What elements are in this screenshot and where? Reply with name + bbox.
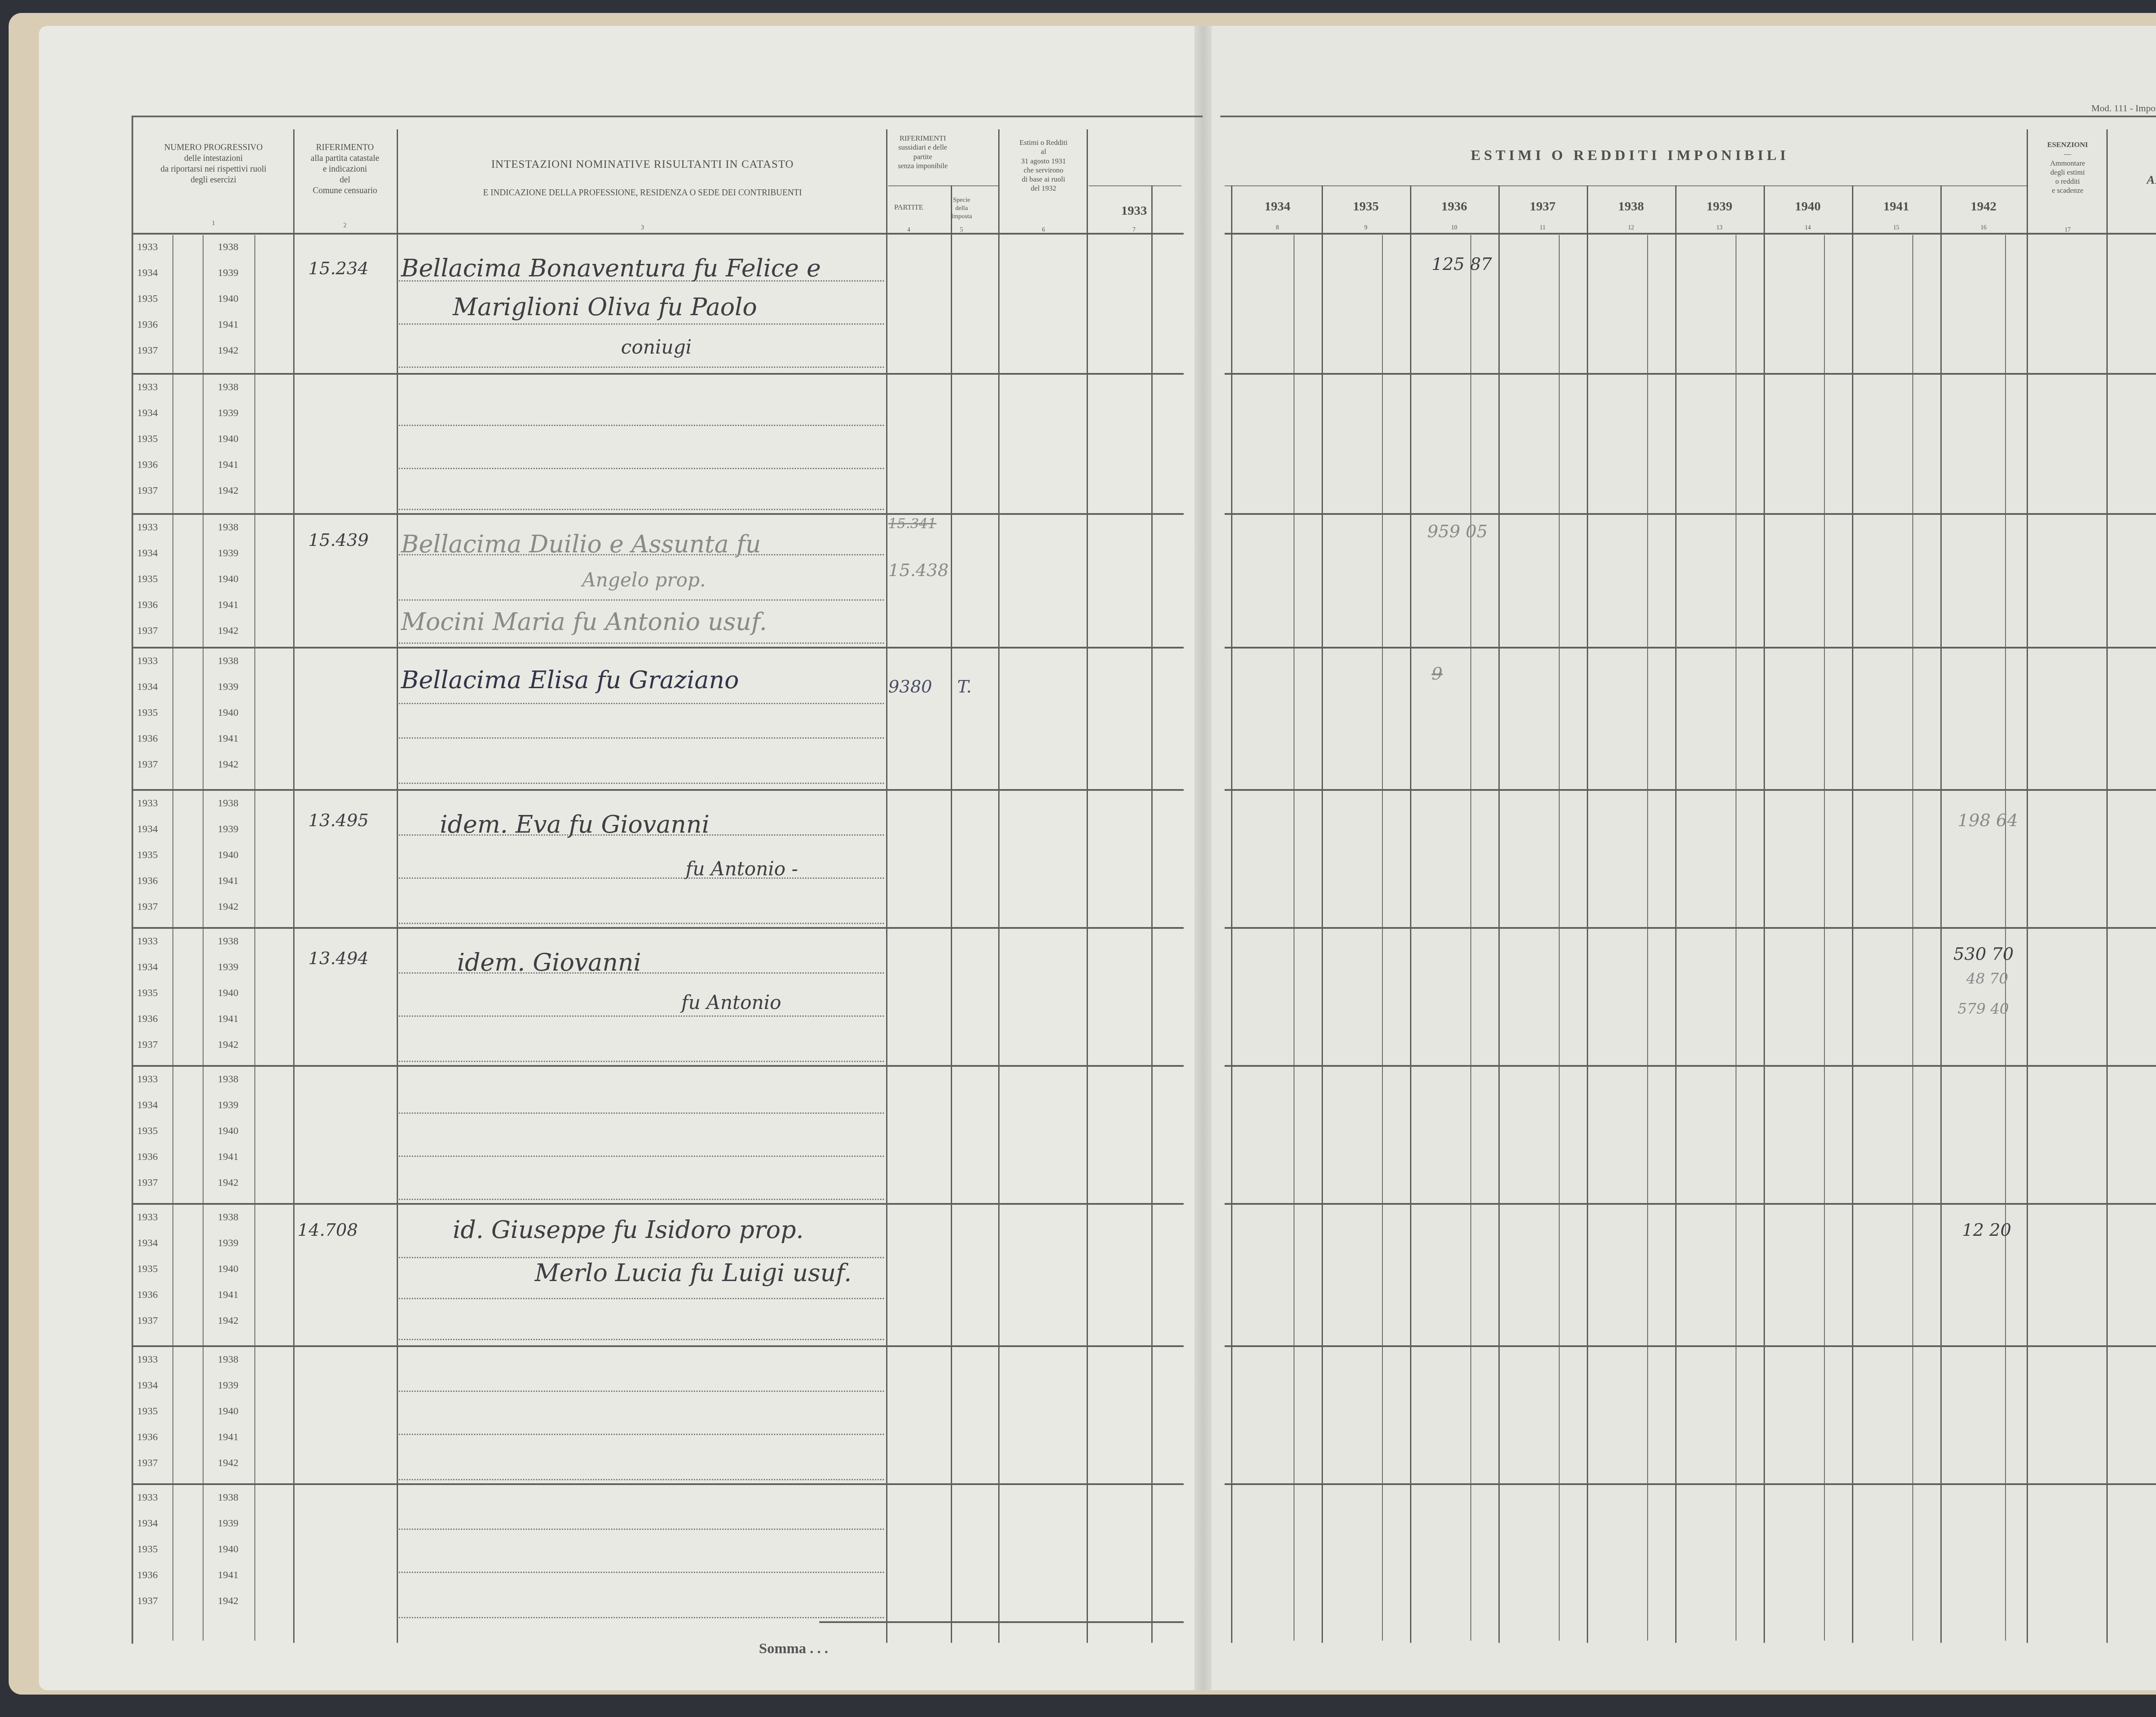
year-label: 1934 <box>137 267 158 279</box>
estimo-1936: 959 05 <box>1427 522 1488 542</box>
col-divider <box>1587 185 1588 1643</box>
col17-sub: o redditi <box>2029 177 2106 186</box>
year-label: 1941 <box>218 599 238 611</box>
year-label: 1940 <box>218 1406 238 1417</box>
year-label: 1940 <box>218 433 238 445</box>
col-divider <box>1852 185 1853 1643</box>
col2-title: RIFERIMENTO <box>295 142 395 153</box>
block-rule <box>132 789 1184 791</box>
record-name-line: Mariglioni Oliva fu Paolo <box>453 293 757 321</box>
col-divider <box>1410 185 1411 1643</box>
year-label: 1935 <box>137 1544 158 1555</box>
year-label: 1938 <box>218 655 238 667</box>
year-label: 1936 <box>137 875 158 887</box>
year-label: 1942 <box>218 1177 238 1189</box>
year-label: 1936 <box>137 1289 158 1301</box>
writing-line <box>399 1199 884 1200</box>
year-label: 1941 <box>218 319 238 331</box>
year-label: 1937 <box>137 759 158 771</box>
col6-line: che servirono <box>1000 166 1087 175</box>
writing-line <box>399 509 884 510</box>
record-partite-sub: 15.438 <box>888 561 949 580</box>
col17-sub: Ammontare <box>2029 159 2106 168</box>
year-label: 1938 <box>218 1212 238 1223</box>
writing-line <box>399 1434 884 1435</box>
col3-subtitle: E INDICAZIONE DELLA PROFESSIONE, RESIDEN… <box>399 188 886 198</box>
year-label: 1935 <box>137 987 158 999</box>
year-label: 1934 <box>137 962 158 973</box>
col1-title: NUMERO PROGRESSIVO <box>134 142 293 153</box>
year-label: 1941 <box>218 733 238 745</box>
year-header-1939: 1939 <box>1675 198 1764 215</box>
cents-divider <box>1382 235 1383 1641</box>
year-header-1942: 1942 <box>1940 198 2027 215</box>
year-label: 1941 <box>218 875 238 887</box>
year-label: 1940 <box>218 1125 238 1137</box>
record-partita: 14.708 <box>298 1220 358 1240</box>
col-divider <box>1151 185 1153 1643</box>
col-divider <box>1322 185 1323 1643</box>
writing-line <box>399 1617 884 1618</box>
writing-line <box>399 425 884 426</box>
year-label: 1934 <box>137 1380 158 1391</box>
block-rule <box>132 927 1184 929</box>
right-table-frame <box>1220 116 2156 1644</box>
year-label: 1939 <box>218 1518 238 1529</box>
years-split-rule <box>1225 185 2027 186</box>
year-label: 1941 <box>218 1151 238 1163</box>
year-label: 1936 <box>137 1013 158 1025</box>
block-rule <box>1225 647 2156 649</box>
year-label: 1937 <box>137 345 158 357</box>
col2-sub: Comune censuario <box>295 185 395 196</box>
year-label: 1941 <box>218 1432 238 1443</box>
year-label: 1941 <box>218 459 238 471</box>
block-rule <box>132 373 1184 375</box>
col-divider <box>1498 185 1500 1643</box>
year-header-1937: 1937 <box>1498 198 1587 215</box>
col6-line: di base ai ruoli <box>1000 175 1087 184</box>
writing-line <box>399 599 884 601</box>
cents-divider <box>1559 235 1560 1641</box>
year-label: 1935 <box>137 849 158 861</box>
col5-label: Specie della Imposta <box>951 196 972 220</box>
year-header-1941: 1941 <box>1852 198 1940 215</box>
year-label: 1936 <box>137 599 158 611</box>
year-label: 1939 <box>218 824 238 835</box>
year-label: 1933 <box>137 382 158 393</box>
year-label: 1936 <box>137 1151 158 1163</box>
col17-header: ESENZIONI — Ammontare degli estimi o red… <box>2029 140 2106 195</box>
total-rule <box>819 1621 1184 1623</box>
year-label: 1935 <box>137 293 158 305</box>
year-label: 1937 <box>137 625 158 637</box>
record-name-line: id. Giuseppe fu Isidoro prop. <box>453 1216 804 1244</box>
year-label: 1937 <box>137 485 158 497</box>
col6-line: Estimi o Redditi <box>1000 138 1087 147</box>
cents-divider <box>2005 235 2006 1641</box>
col-number: 16 <box>1940 224 2027 232</box>
year-label: 1933 <box>137 936 158 947</box>
col-number: 14 <box>1764 224 1852 232</box>
year-label: 1939 <box>218 1238 238 1249</box>
year-label: 1940 <box>218 293 238 305</box>
writing-line <box>399 1061 884 1062</box>
writing-line <box>399 1298 884 1299</box>
col7-split-rule <box>1089 185 1181 186</box>
writing-line <box>399 367 884 368</box>
col2-sub: e indicazioni <box>295 164 395 175</box>
year-label: 1936 <box>137 459 158 471</box>
col-number: 12 <box>1587 224 1675 232</box>
record-name-line: coniugi <box>621 336 692 358</box>
col-divider <box>1764 185 1765 1643</box>
year-label: 1938 <box>218 522 238 533</box>
year-label: 1940 <box>218 1544 238 1555</box>
form-id-label: Mod. 111 - Imposte Dirette (Intercalare)… <box>2091 103 2156 114</box>
record-name-line: Bellacima Duilio e Assunta fu <box>401 530 761 558</box>
year-label: 1939 <box>218 407 238 419</box>
col4-label: PARTITE <box>888 203 929 212</box>
record-partite-sub: 9380 <box>888 677 932 697</box>
year-label: 1942 <box>218 1315 238 1327</box>
col-number: 15 <box>1852 224 1940 232</box>
year-label: 1933 <box>137 1212 158 1223</box>
year-label: 1939 <box>218 267 238 279</box>
year-label: 1942 <box>218 1039 238 1051</box>
block-rule <box>132 1345 1184 1347</box>
year-label: 1935 <box>137 433 158 445</box>
record-name-line: Mocini Maria fu Antonio usuf. <box>401 608 767 636</box>
block-rule <box>132 647 1184 649</box>
col3-title: INTESTAZIONI NOMINATIVE RISULTANTI IN CA… <box>399 157 886 172</box>
col45-sub: sussidiari e delle partite <box>888 143 957 161</box>
block-rule <box>132 1065 1184 1067</box>
year-label: 1942 <box>218 625 238 637</box>
estimo-1942: 12 20 <box>1962 1220 2012 1240</box>
record-name-line: fu Antonio - <box>686 858 798 880</box>
col-divider <box>951 185 952 1643</box>
col-number: 9 <box>1322 224 1410 232</box>
writing-line <box>399 703 884 704</box>
col45-title: RIFERIMENTI <box>888 134 957 143</box>
block-rule <box>132 1203 1184 1205</box>
year-label: 1939 <box>218 681 238 693</box>
col17-sub: e scadenze <box>2029 186 2106 195</box>
year-label: 1934 <box>137 1238 158 1249</box>
year-label: 1940 <box>218 1263 238 1275</box>
block-rule <box>1225 1483 2156 1485</box>
writing-line <box>399 1112 884 1114</box>
col1-number: 1 <box>134 220 293 228</box>
total-label: Somma . . . <box>759 1641 828 1657</box>
col2-sub: alla partita catastale <box>295 153 395 164</box>
record-name-line: Bellacima Elisa fu Graziano <box>401 666 739 694</box>
record-name-line: fu Antonio <box>681 992 781 1014</box>
year-label: 1942 <box>218 901 238 913</box>
col-divider <box>886 129 887 1643</box>
year-label: 1935 <box>137 1263 158 1275</box>
year-label: 1934 <box>137 681 158 693</box>
col1-sub: delle intestazioni <box>134 153 293 164</box>
year-label: 1933 <box>137 1492 158 1504</box>
year-label: 1937 <box>137 1177 158 1189</box>
col-divider <box>2106 129 2108 1643</box>
writing-line <box>399 923 884 924</box>
year-label: 1934 <box>137 407 158 419</box>
estimo-1942: 198 64 <box>1958 811 2018 830</box>
writing-line <box>399 323 884 325</box>
writing-line <box>399 877 884 879</box>
writing-line <box>399 468 884 469</box>
record-name-line: Merlo Lucia fu Luigi usuf. <box>535 1259 852 1287</box>
cents-divider <box>1470 235 1471 1641</box>
record-name-line: idem. Giovanni <box>457 949 641 977</box>
year-label: 1933 <box>137 1354 158 1366</box>
year-label: 1941 <box>218 1289 238 1301</box>
col1-sub: degli esercizi <box>134 175 293 185</box>
writing-line <box>399 642 884 644</box>
cents-divider <box>1647 235 1648 1641</box>
col-divider <box>293 129 295 1643</box>
col-divider <box>1087 129 1088 1643</box>
writing-line <box>399 1257 884 1258</box>
year-label: 1940 <box>218 987 238 999</box>
record-partita: 13.494 <box>308 949 369 968</box>
estimo-1942-add: 48 70 <box>1966 970 2008 987</box>
writing-line <box>399 783 884 784</box>
col-divider <box>1675 185 1677 1643</box>
col1-subdivider <box>254 235 255 1641</box>
writing-line <box>399 1339 884 1340</box>
col17-sub: degli estimi <box>2029 168 2106 177</box>
estimo-1942-total: 579 40 <box>1958 1000 2009 1018</box>
year-label: 1936 <box>137 733 158 745</box>
year-label: 1942 <box>218 1457 238 1469</box>
col17-title: ESENZIONI <box>2029 140 2106 149</box>
col7-year: 1933 <box>1089 203 1179 219</box>
estimo-1936-struck: 9 <box>1432 664 1442 684</box>
record-name-line: idem. Eva fu Giovanni <box>440 811 709 839</box>
year-label: 1939 <box>218 962 238 973</box>
col-divider <box>397 129 398 1643</box>
block-rule <box>132 513 1184 515</box>
col45-sub: senza imponibile <box>888 161 957 170</box>
block-rule <box>132 1483 1184 1485</box>
col-number: 11 <box>1498 224 1587 232</box>
year-label: 1935 <box>137 707 158 719</box>
col-divider <box>1940 185 1942 1643</box>
year-label: 1938 <box>218 798 238 809</box>
year-label: 1939 <box>218 548 238 559</box>
year-header-1940: 1940 <box>1764 198 1852 215</box>
year-label: 1941 <box>218 1013 238 1025</box>
col-number: 10 <box>1410 224 1498 232</box>
col1-subdivider <box>203 235 204 1641</box>
col6-line: 31 agosto 1931 <box>1000 157 1087 166</box>
year-label: 1939 <box>218 1380 238 1391</box>
col18-title: ANNOTAZIONI <box>2109 172 2156 188</box>
writing-line <box>399 1572 884 1573</box>
year-header-1936: 1936 <box>1410 198 1498 215</box>
col1-header: NUMERO PROGRESSIVO delle intestazioni da… <box>134 142 293 185</box>
year-label: 1942 <box>218 345 238 357</box>
col3-number: 3 <box>399 224 886 232</box>
year-label: 1933 <box>137 522 158 533</box>
col-divider <box>998 129 1000 1643</box>
year-label: 1933 <box>137 1074 158 1085</box>
block-rule <box>1225 927 2156 929</box>
year-label: 1941 <box>218 1570 238 1581</box>
year-label: 1938 <box>218 1354 238 1366</box>
writing-line <box>399 1015 884 1017</box>
col2-sub: del <box>295 175 395 185</box>
writing-line <box>399 1156 884 1157</box>
estimo-1942: 530 70 <box>1953 944 2014 964</box>
year-label: 1942 <box>218 1595 238 1607</box>
year-label: 1936 <box>137 1570 158 1581</box>
col17-dash: — <box>2029 149 2106 158</box>
year-label: 1934 <box>137 548 158 559</box>
writing-line <box>399 1391 884 1392</box>
year-label: 1938 <box>218 241 238 253</box>
year-header-1935: 1935 <box>1322 198 1410 215</box>
col45-split-rule <box>888 185 998 186</box>
col1-subdivider <box>172 235 173 1641</box>
year-label: 1937 <box>137 1595 158 1607</box>
cents-divider <box>1912 235 1913 1641</box>
year-label: 1935 <box>137 1125 158 1137</box>
col6-header: Estimi o Redditi al 31 agosto 1931 che s… <box>1000 138 1087 193</box>
col6-line: al <box>1000 147 1087 156</box>
header-rule-right <box>1225 233 2156 235</box>
year-label: 1933 <box>137 798 158 809</box>
block-rule <box>1225 1203 2156 1205</box>
partite-struck: 15.341 <box>888 515 937 532</box>
year-label: 1937 <box>137 1315 158 1327</box>
header-rule-left <box>132 233 1184 235</box>
year-header-1938: 1938 <box>1587 198 1675 215</box>
cents-divider <box>1294 235 1294 1641</box>
year-label: 1934 <box>137 824 158 835</box>
year-label: 1938 <box>218 1074 238 1085</box>
col1-sub: da riportarsi nei rispettivi ruoli <box>134 164 293 175</box>
record-partita: 13.495 <box>308 811 369 830</box>
year-label: 1940 <box>218 573 238 585</box>
record-name-line: Bellacima Bonaventura fu Felice e <box>401 254 821 282</box>
record-partita: 15.234 <box>308 259 369 279</box>
col45-header: RIFERIMENTI sussidiari e delle partite s… <box>888 134 957 170</box>
year-label: 1938 <box>218 1492 238 1504</box>
year-label: 1940 <box>218 849 238 861</box>
record-name-line: Angelo prop. <box>582 569 706 591</box>
cents-divider <box>1736 235 1736 1641</box>
year-label: 1935 <box>137 573 158 585</box>
writing-line <box>399 1529 884 1530</box>
cents-divider <box>1824 235 1825 1641</box>
year-label: 1933 <box>137 655 158 667</box>
writing-line <box>399 1479 884 1480</box>
estimi-title: ESTIMI O REDDITI IMPONIBILI <box>1233 147 2027 165</box>
estimo-1936: 125 87 <box>1432 254 1492 274</box>
block-rule <box>1225 1345 2156 1347</box>
year-label: 1937 <box>137 1039 158 1051</box>
year-label: 1936 <box>137 1432 158 1443</box>
col-divider <box>2027 129 2028 1643</box>
year-label: 1937 <box>137 1457 158 1469</box>
year-label: 1936 <box>137 319 158 331</box>
block-rule <box>1225 373 2156 375</box>
col2-header: RIFERIMENTO alla partita catastale e ind… <box>295 142 395 196</box>
record-specie: T. <box>957 677 972 697</box>
block-rule <box>1225 1065 2156 1067</box>
year-label: 1942 <box>218 759 238 771</box>
year-label: 1934 <box>137 1100 158 1111</box>
year-label: 1937 <box>137 901 158 913</box>
year-label: 1939 <box>218 1100 238 1111</box>
writing-line <box>399 737 884 739</box>
year-label: 1933 <box>137 241 158 253</box>
block-rule <box>1225 513 2156 515</box>
col-number: 8 <box>1233 224 1322 232</box>
year-label: 1934 <box>137 1518 158 1529</box>
year-label: 1938 <box>218 936 238 947</box>
year-label: 1942 <box>218 485 238 497</box>
year-label: 1940 <box>218 707 238 719</box>
col-number: 13 <box>1675 224 1764 232</box>
year-label: 1935 <box>137 1406 158 1417</box>
col2-number: 2 <box>295 222 395 230</box>
record-partita: 15.439 <box>308 530 369 550</box>
col-divider <box>1231 185 1232 1643</box>
year-header-1934: 1934 <box>1233 198 1322 215</box>
year-label: 1938 <box>218 382 238 393</box>
col6-line: del 1932 <box>1000 184 1087 193</box>
block-rule <box>1225 789 2156 791</box>
